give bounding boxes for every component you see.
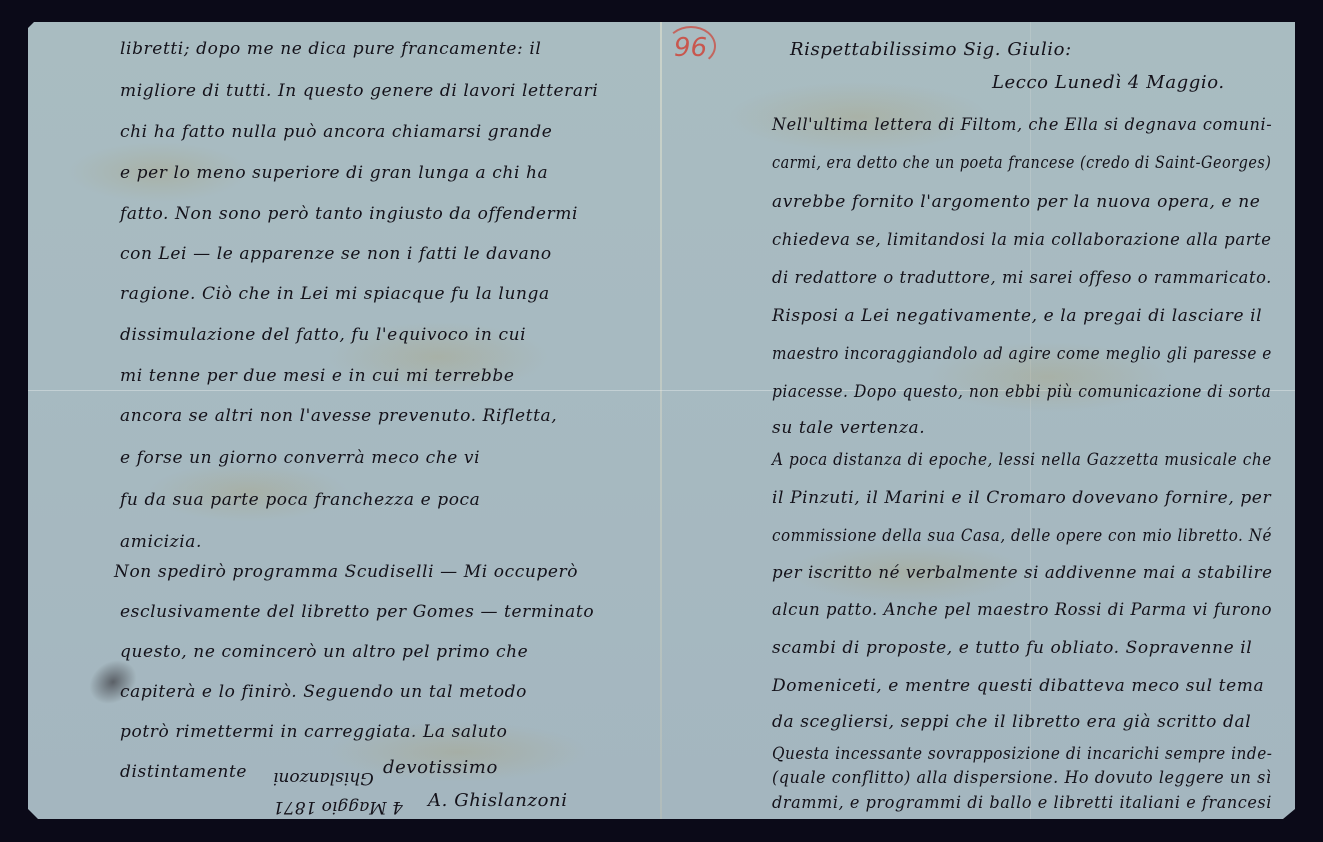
- salutation: Rispettabilissimo Sig. Giulio:: [790, 39, 1072, 60]
- left-page: libretti; dopo me ne dica pure francamen…: [28, 22, 660, 819]
- text-line: distintamente: [120, 762, 247, 782]
- text-line: questo, ne comincerò un altro pel primo …: [120, 642, 528, 662]
- docket-name: Ghislanzoni: [273, 768, 374, 788]
- text-line: migliore di tutti. In questo genere di l…: [120, 81, 598, 101]
- text-line: potrò rimettermi in carreggiata. La salu…: [120, 722, 507, 742]
- signature: A. Ghislanzoni: [428, 790, 568, 811]
- text-line: libretti; dopo me ne dica pure francamen…: [120, 39, 541, 59]
- docket-date: 4 Maggio 1871: [273, 797, 403, 817]
- text-line: ragione. Ciò che in Lei mi spiacque fu l…: [120, 284, 550, 304]
- text-line: Domeniceti, e mentre questi dibatteva me…: [772, 676, 1264, 696]
- text-line: chi ha fatto nulla può ancora chiamarsi …: [120, 122, 552, 142]
- text-line: e forse un giorno converrà meco che vi: [120, 448, 480, 468]
- closing: devotissimo: [383, 757, 498, 778]
- text-line: capiterà e lo finirò. Seguendo un tal me…: [120, 682, 527, 702]
- text-line: fu da sua parte poca franchezza e poca: [120, 490, 480, 510]
- text-line: avrebbe fornito l'argomento per la nuova…: [772, 192, 1260, 212]
- text-line: fatto. Non sono però tanto ingiusto da o…: [120, 204, 578, 224]
- letter-sheet: libretti; dopo me ne dica pure francamen…: [28, 22, 1295, 819]
- text-line: ancora se altri non l'avesse prevenuto. …: [120, 406, 557, 426]
- right-page: 96 Rispettabilissimo Sig. Giulio: Lecco …: [662, 22, 1295, 819]
- text-line: drammi, e programmi di ballo e libretti …: [772, 793, 1272, 813]
- dateline: Lecco Lunedì 4 Maggio.: [992, 72, 1225, 93]
- text-line: con Lei — le apparenze se non i fatti le…: [120, 244, 552, 264]
- text-line: (quale conflitto) alla dispersione. Ho d…: [772, 768, 1272, 788]
- folio-number: 96: [674, 30, 707, 60]
- text-line: su tale vertenza.: [772, 418, 925, 438]
- text-line: chiedeva se, limitandosi la mia collabor…: [772, 230, 1272, 250]
- text-line: Nell'ultima lettera di Filtom, che Ella …: [772, 115, 1272, 135]
- text-line: da scegliersi, seppi che il libretto era…: [772, 712, 1251, 732]
- text-line: Risposi a Lei negativamente, e la pregai…: [772, 306, 1262, 326]
- text-line: di redattore o traduttore, mi sarei offe…: [772, 268, 1272, 288]
- text-line: il Pinzuti, il Marini e il Cromaro dovev…: [772, 488, 1271, 508]
- text-line: alcun patto. Anche pel maestro Rossi di …: [772, 600, 1272, 620]
- text-line: Non spedirò programma Scudiselli — Mi oc…: [114, 562, 578, 582]
- text-line: maestro incoraggiandolo ad agire come me…: [772, 344, 1272, 364]
- text-line: per iscritto né verbalmente si addivenne…: [772, 563, 1273, 583]
- text-line: mi tenne per due mesi e in cui mi terreb…: [120, 366, 515, 386]
- text-line: scambi di proposte, e tutto fu obliato. …: [772, 638, 1252, 658]
- text-line: commissione della sua Casa, delle opere …: [772, 526, 1272, 546]
- text-line: piacesse. Dopo questo, non ebbi più comu…: [772, 382, 1271, 402]
- text-line: e per lo meno superiore di gran lunga a …: [120, 163, 548, 183]
- text-line: carmi, era detto che un poeta francese (…: [772, 153, 1271, 173]
- text-line: Questa incessante sovrapposizione di inc…: [772, 744, 1273, 764]
- text-line: esclusivamente del libretto per Gomes — …: [120, 602, 594, 622]
- text-line: dissimulazione del fatto, fu l'equivoco …: [120, 325, 526, 345]
- text-line: A poca distanza di epoche, lessi nella G…: [772, 450, 1272, 470]
- text-line: amicizia.: [120, 532, 202, 552]
